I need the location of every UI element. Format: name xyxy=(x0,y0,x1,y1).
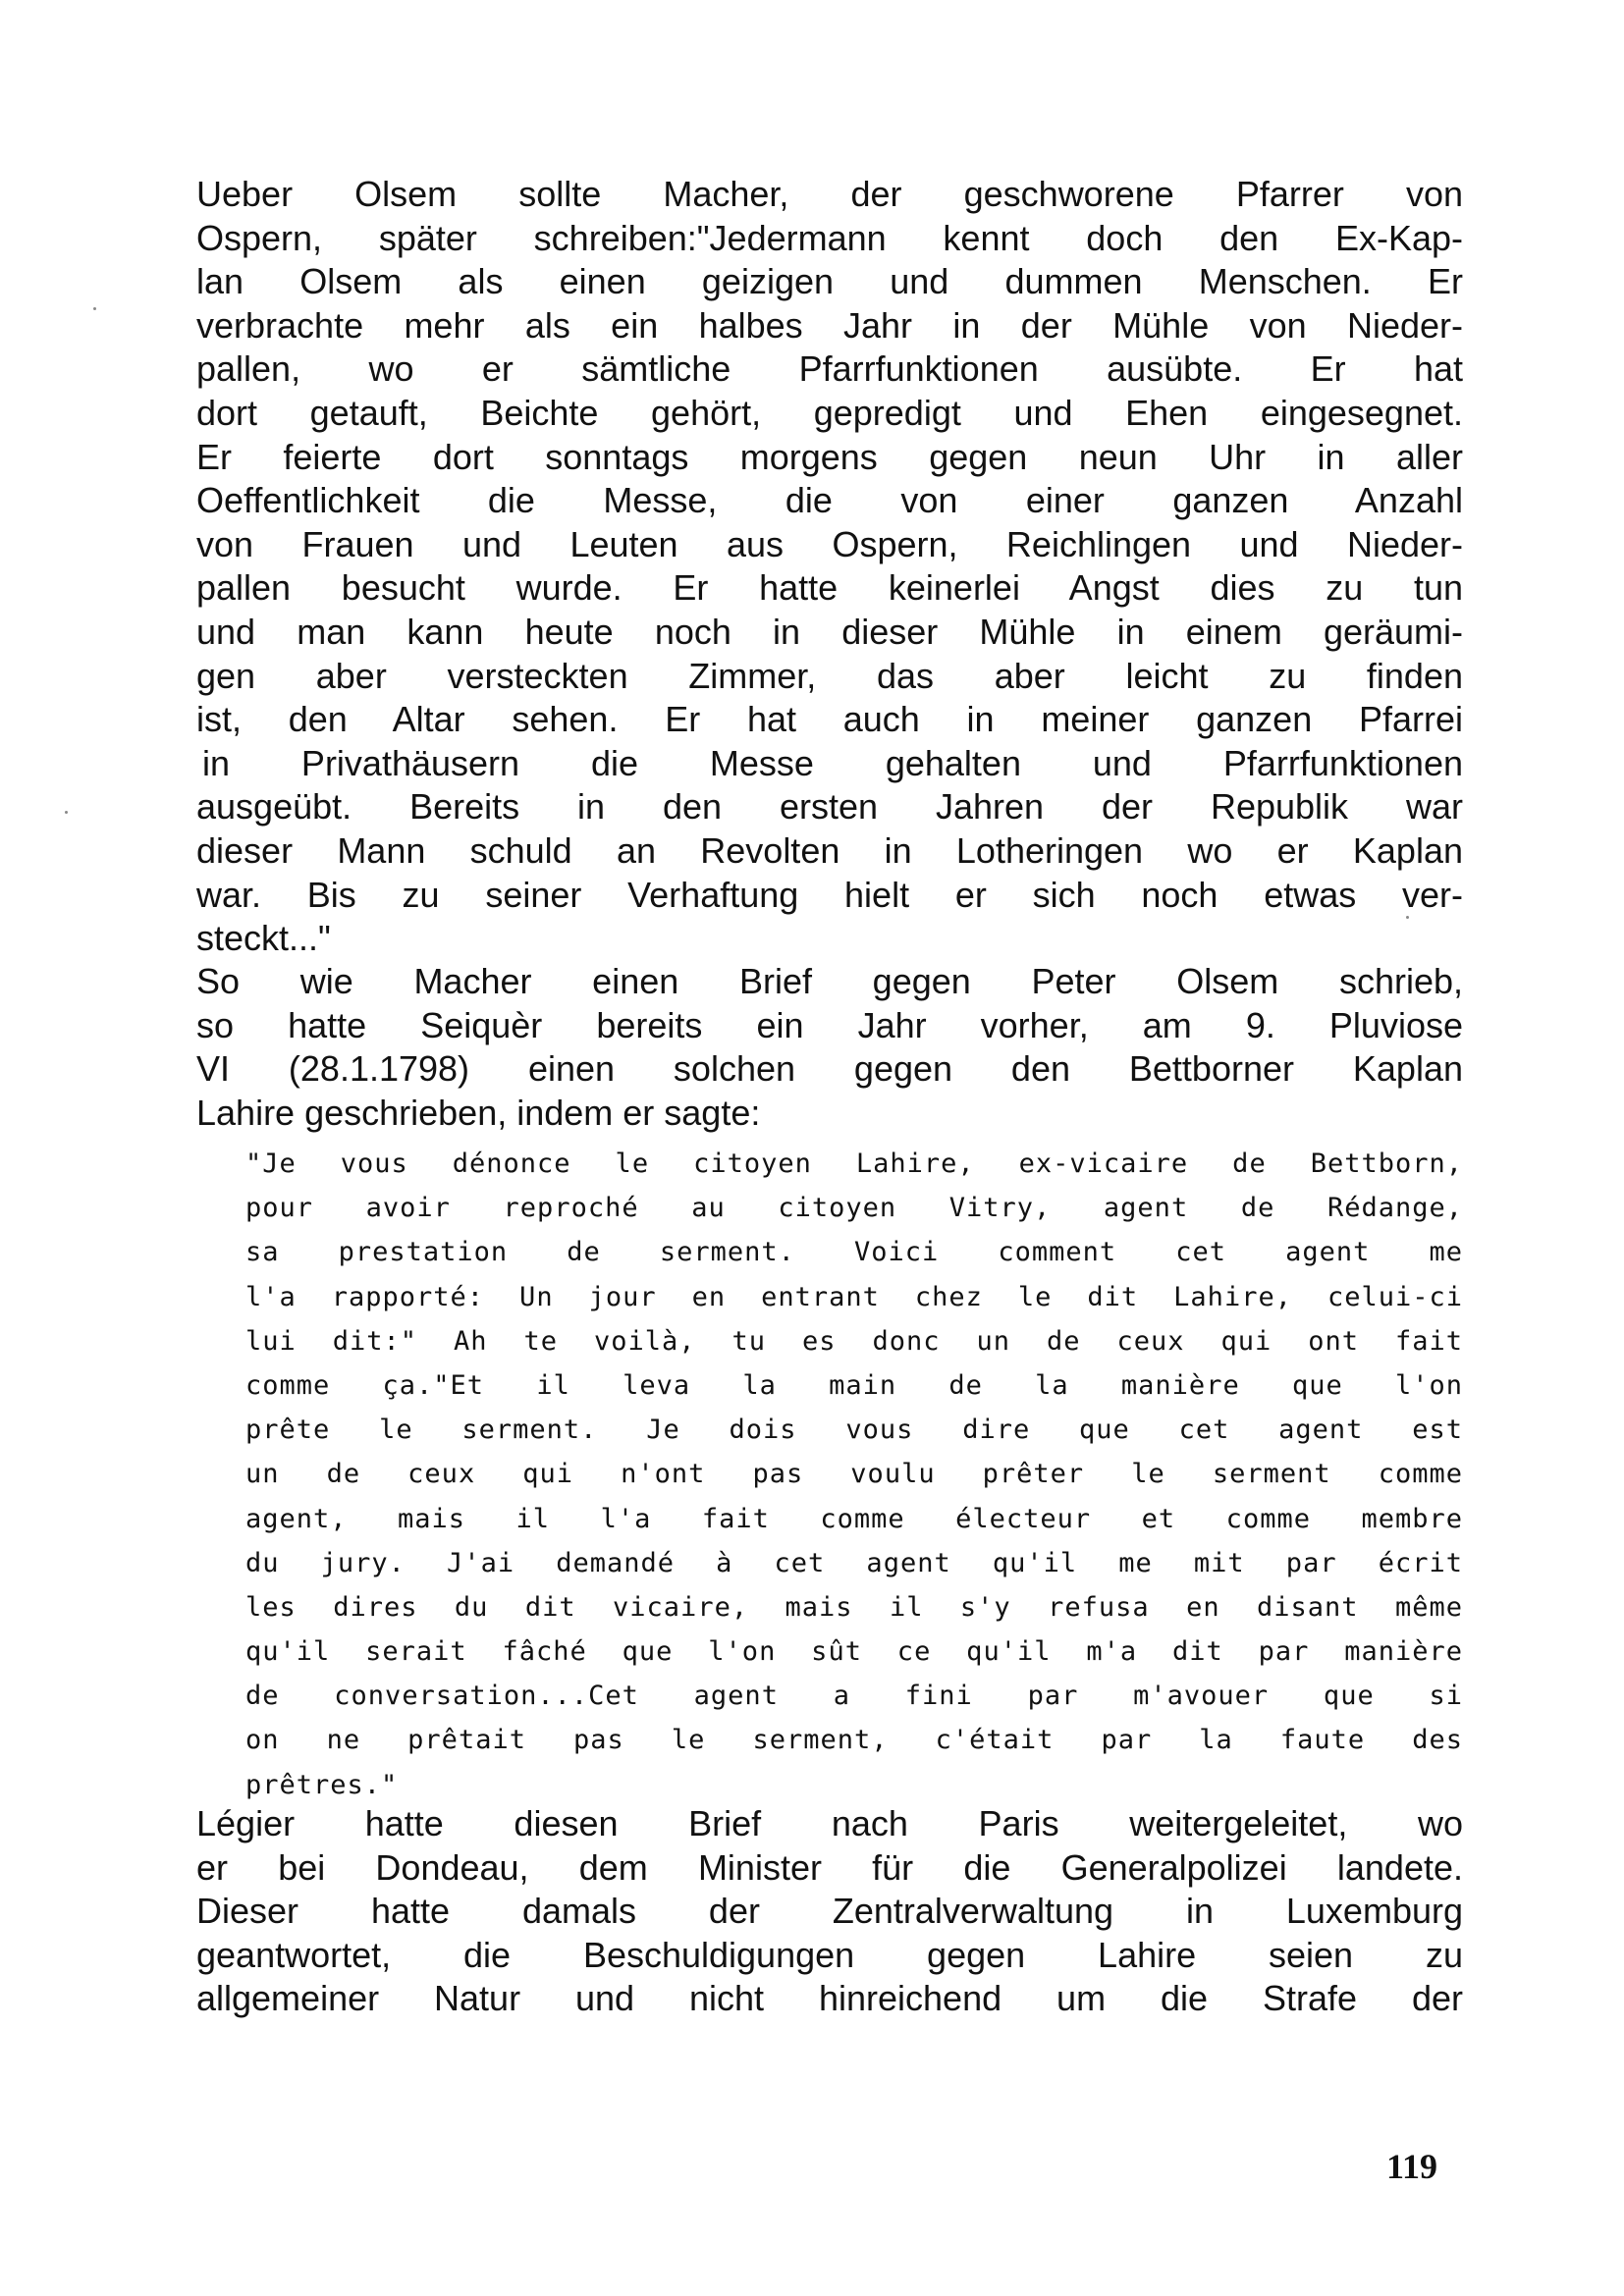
text-line: pallen, wo er sämtliche Pfarrfunktionen … xyxy=(196,347,1463,392)
text-line: war. Bis zu seiner Verhaftung hielt er s… xyxy=(196,874,1463,918)
paragraph-seiquer-letter: So wie Macher einen Brief gegen Peter Ol… xyxy=(196,960,1463,1135)
text-line: von Frauen und Leuten aus Ospern, Reichl… xyxy=(196,523,1463,567)
text-line: verbrachte mehr als ein halbes Jahr in d… xyxy=(196,304,1463,348)
quote-line: prête le serment. Je dois vous dire que … xyxy=(245,1408,1463,1452)
quote-line: prêtres." xyxy=(245,1763,1463,1807)
quote-line: lui dit:" Ah te voilà, tu es donc un de … xyxy=(245,1319,1463,1363)
text-line: Ueber Olsem sollte Macher, der geschwore… xyxy=(196,173,1463,217)
quote-line: un de ceux qui n'ont pas voulu prêter le… xyxy=(245,1452,1463,1496)
text-line: und man kann heute noch in dieser Mühle … xyxy=(196,611,1463,655)
text-line: lan Olsem als einen geizigen und dummen … xyxy=(196,260,1463,304)
text-line: Oeffentlichkeit die Messe, die von einer… xyxy=(196,479,1463,523)
block-quote-french-letter: "Je vous dénonce le citoyen Lahire, ex-v… xyxy=(245,1142,1463,1807)
quote-line: comme ça."Et il leva la main de la maniè… xyxy=(245,1363,1463,1408)
quote-line: qu'il serait fâché que l'on sût ce qu'il… xyxy=(245,1629,1463,1674)
text-line: Ospern, später schreiben:"Jedermann kenn… xyxy=(196,217,1463,261)
text-line: gen aber versteckten Zimmer, das aber le… xyxy=(196,655,1463,699)
quote-line: pour avoir reproché au citoyen Vitry, ag… xyxy=(245,1186,1463,1230)
book-page: Ueber Olsem sollte Macher, der geschwore… xyxy=(0,0,1624,2296)
text-line: pallen besucht wurde. Er hatte keinerlei… xyxy=(196,566,1463,611)
text-line: ist, den Altar sehen. Er hat auch in mei… xyxy=(196,698,1463,742)
quote-line: agent, mais il l'a fait comme électeur e… xyxy=(245,1497,1463,1541)
scan-speck xyxy=(1406,916,1409,919)
text-line: ausgeübt. Bereits in den ersten Jahren d… xyxy=(196,785,1463,829)
text-line: in Privathäusern die Messe gehalten und … xyxy=(196,742,1463,786)
text-line: steckt..." xyxy=(196,917,1463,961)
text-line: VI (28.1.1798) einen solchen gegen den B… xyxy=(196,1047,1463,1092)
text-line: So wie Macher einen Brief gegen Peter Ol… xyxy=(196,960,1463,1004)
text-line: dort getauft, Beichte gehört, gepredigt … xyxy=(196,392,1463,436)
text-line: dieser Mann schuld an Revolten in Lother… xyxy=(196,829,1463,874)
text-line: so hatte Seiquèr bereits ein Jahr vorher… xyxy=(196,1004,1463,1048)
scan-speck xyxy=(93,307,96,310)
page-number: 119 xyxy=(1386,2146,1437,2187)
quote-line: du jury. J'ai demandé à cet agent qu'il … xyxy=(245,1541,1463,1585)
text-line: Lahire geschrieben, indem er sagte: xyxy=(196,1092,1463,1136)
quote-line: l'a rapporté: Un jour en entrant chez le… xyxy=(245,1275,1463,1319)
quote-line: sa prestation de serment. Voici comment … xyxy=(245,1230,1463,1274)
quote-line: les dires du dit vicaire, mais il s'y re… xyxy=(245,1585,1463,1629)
text-line: Er feierte dort sonntags morgens gegen n… xyxy=(196,436,1463,480)
quote-line: "Je vous dénonce le citoyen Lahire, ex-v… xyxy=(245,1142,1463,1186)
text-line: er bei Dondeau, dem Minister für die Gen… xyxy=(196,1846,1463,1891)
quote-line: de conversation...Cet agent a fini par m… xyxy=(245,1674,1463,1718)
text-line: Dieser hatte damals der Zentralverwaltun… xyxy=(196,1890,1463,1934)
text-line: geantwortet, die Beschuldigungen gegen L… xyxy=(196,1934,1463,1978)
paragraph-legier-forwarding: Légier hatte diesen Brief nach Paris wei… xyxy=(196,1802,1463,2021)
scan-speck xyxy=(65,811,68,814)
text-line: allgemeiner Natur und nicht hinreichend … xyxy=(196,1977,1463,2021)
paragraph-macher-quote: Ueber Olsem sollte Macher, der geschwore… xyxy=(196,173,1463,961)
quote-line: on ne prêtait pas le serment, c'était pa… xyxy=(245,1718,1463,1762)
text-line: Légier hatte diesen Brief nach Paris wei… xyxy=(196,1802,1463,1846)
